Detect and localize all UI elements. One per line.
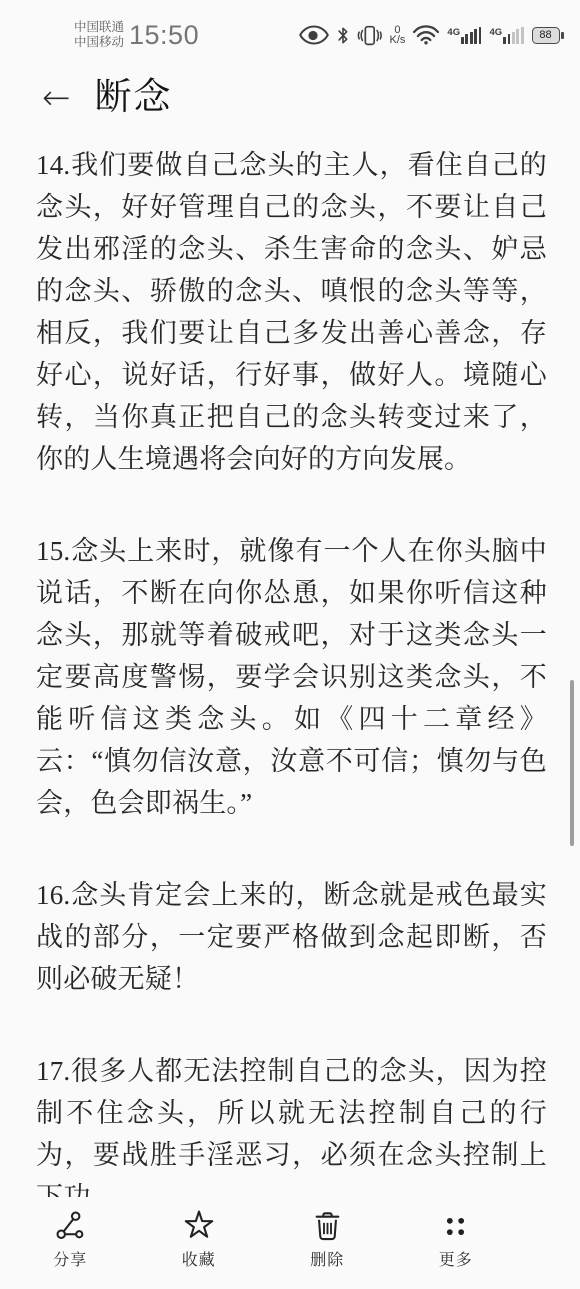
- note-body: 14.我们要做自己念头的主人，看住自己的念头，好好管理自己的念头，不要让自己发出…: [0, 130, 580, 1218]
- network-speed-unit: K/s: [390, 35, 406, 46]
- sim1-network-type: 4G: [447, 27, 460, 38]
- signal-bars-sim1: 4G: [447, 27, 481, 44]
- eye-icon: [299, 25, 329, 45]
- network-speed: 0 K/s: [390, 25, 406, 46]
- favorite-button[interactable]: 收藏: [182, 1210, 216, 1270]
- more-label: 更多: [439, 1247, 473, 1270]
- header: ← 断念: [0, 62, 580, 130]
- paragraph-17: 17.很多人都无法控制自己的念头，因为控制不住念头，所以就无法控制自己的行为，要…: [36, 1050, 547, 1218]
- star-icon: [182, 1210, 216, 1243]
- battery-icon: 88: [532, 27, 565, 44]
- share-label: 分享: [53, 1247, 87, 1270]
- paragraph-14: 14.我们要做自己念头的主人，看住自己的念头，好好管理自己的念头，不要让自己发出…: [36, 144, 547, 480]
- paragraph-15: 15.念头上来时，就像有一个人在你头脑中说话，不断在向你怂恿，如果你听信这种念头…: [36, 530, 547, 824]
- delete-button[interactable]: 删除: [310, 1210, 344, 1270]
- carrier-line1: 中国联通: [74, 20, 124, 35]
- back-arrow-icon[interactable]: ←: [42, 81, 71, 115]
- status-bar: 中国联通 中国移动 15:50 0: [0, 0, 580, 62]
- signal-bars-sim2: 4G: [489, 27, 523, 44]
- share-icon: [54, 1210, 87, 1243]
- bottom-toolbar: 分享 收藏 删除: [0, 1197, 580, 1289]
- sim2-bars-icon: [503, 27, 523, 44]
- battery-level: 88: [532, 27, 560, 44]
- trash-icon: [311, 1210, 344, 1243]
- share-button[interactable]: 分享: [53, 1210, 87, 1270]
- carrier-labels: 中国联通 中国移动: [74, 20, 124, 50]
- bluetooth-icon: [337, 26, 349, 45]
- page-title: 断念: [95, 76, 173, 120]
- status-left: 中国联通 中国移动 15:50: [74, 20, 199, 51]
- vibrate-icon: [357, 25, 382, 46]
- delete-label: 删除: [310, 1247, 344, 1270]
- more-button[interactable]: 更多: [439, 1210, 473, 1270]
- wifi-icon: [413, 25, 439, 45]
- sim1-bars-icon: [461, 27, 481, 44]
- carrier-line2: 中国移动: [74, 35, 124, 50]
- battery-nub: [561, 32, 564, 39]
- sim2-network-type: 4G: [489, 27, 502, 38]
- scrollbar-thumb[interactable]: [570, 680, 574, 846]
- paragraph-16: 16.念头肯定会上来的，断念就是戒色最实战的部分，一定要严格做到念起即断，否则必…: [36, 874, 547, 1000]
- status-time: 15:50: [129, 20, 199, 51]
- status-icons: 0 K/s 4G 4G 88: [299, 25, 565, 46]
- favorite-label: 收藏: [182, 1247, 216, 1270]
- more-grid-icon: [439, 1210, 472, 1243]
